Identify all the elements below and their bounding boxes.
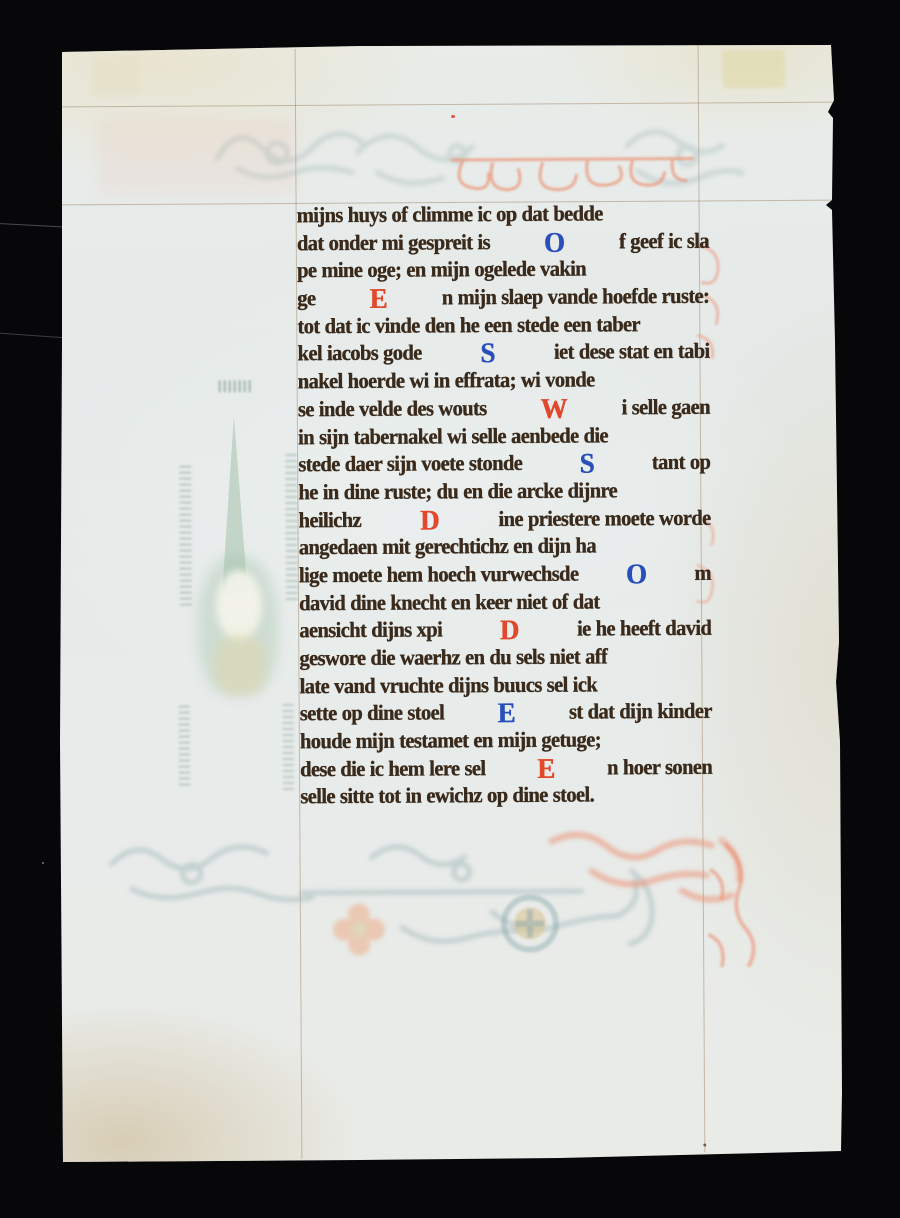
text-segment: stede daer sijn voete stonde xyxy=(298,450,522,481)
showthrough-left-figure xyxy=(177,405,309,801)
top-left-pale-patch xyxy=(92,56,140,96)
manuscript-line-11: he in dine ruste; du en die arcke dijnre xyxy=(298,476,710,508)
text-segment: aensicht dijns xpi xyxy=(299,617,442,647)
red-versal-initial: E xyxy=(535,754,557,783)
showthrough-mirrored-text xyxy=(285,450,298,600)
text-segment: geswore die waerhz en du sels niet aff xyxy=(299,643,607,674)
text-segment: sette op dine stoel xyxy=(300,700,445,730)
text-segment: late vand vruchte dijns buucs sel ick xyxy=(299,671,597,702)
manuscript-line-8: se inde velde des woutsWi selle gaen xyxy=(298,393,710,425)
text-segment: f geef ic sla xyxy=(619,227,709,257)
text-segment: he in dine ruste; du en die arcke dijnre xyxy=(298,477,617,508)
showthrough-mirrored-text xyxy=(179,706,190,786)
manuscript-text-block: mijns huys of climme ic op dat beddedat … xyxy=(297,200,713,812)
text-segment: st dat dijn kinder xyxy=(569,698,712,728)
blue-versal-initial: O xyxy=(542,228,567,258)
text-segment: in sijn tabernakel wi selle aenbede die xyxy=(298,422,608,453)
showthrough-quatrefoil-medallion-orange xyxy=(330,900,388,958)
text-segment: kel iacobs gode xyxy=(297,340,421,370)
showthrough-mirrored-text xyxy=(179,466,192,606)
top-left-pink-wash xyxy=(97,118,297,194)
manuscript-line-4: geEn mijn slaep vande hoefde ruste: xyxy=(297,283,709,315)
text-segment: iet dese stat en tabi xyxy=(554,338,710,368)
text-segment: selle sitte tot in ewichz op dine stoel. xyxy=(300,782,594,813)
red-versal-initial: D xyxy=(498,616,522,645)
manuscript-line-7: nakel hoerde wi in effrata; wi vonde xyxy=(298,366,710,398)
showthrough-mirrored-text xyxy=(283,700,295,790)
red-versal-initial: W xyxy=(538,394,569,424)
showthrough-top-orange-foliage xyxy=(447,140,717,202)
mount-dust-speck xyxy=(42,862,44,864)
pricking-hole xyxy=(703,1143,706,1146)
manuscript-line-17: geswore die waerhz en du sels niet aff xyxy=(299,643,711,675)
red-ink-dot xyxy=(451,115,455,118)
text-segment: m xyxy=(694,560,711,589)
text-segment: n mijn slaep vande hoefde ruste: xyxy=(442,283,710,314)
top-right-tape-patch xyxy=(723,50,785,88)
showthrough-mirrored-text xyxy=(219,380,253,392)
ruling-line-horizontal-upper xyxy=(60,102,832,108)
red-versal-initial: D xyxy=(418,506,442,535)
red-versal-initial: E xyxy=(367,285,389,314)
blue-versal-initial: S xyxy=(478,339,497,368)
text-segment: n hoer sonen xyxy=(607,753,712,783)
manuscript-line-13: angedaen mit gerechtichz en dijn ha xyxy=(299,532,711,564)
manuscript-line-1: mijns huys of climme ic op dat bedde xyxy=(297,200,709,232)
text-segment: lige moete hem hoech vurwechsde xyxy=(299,560,579,591)
manuscript-line-14: lige moete hem hoech vurwechsdeOm xyxy=(299,560,711,592)
manuscript-line-10: stede daer sijn voete stondeStant op xyxy=(298,449,710,481)
text-segment: heilichz xyxy=(298,506,361,536)
blue-versal-initial: E xyxy=(495,699,517,728)
text-segment: tant op xyxy=(652,449,711,479)
showthrough-bottom-orange-foliage xyxy=(531,820,772,941)
text-segment: dat onder mi gespreit is xyxy=(297,229,490,260)
text-segment: i selle gaen xyxy=(621,393,709,423)
manuscript-leaf: mijns huys of climme ic op dat beddedat … xyxy=(60,42,844,1164)
manuscript-line-20: houde mijn testamet en mijn getuge; xyxy=(300,726,712,758)
blue-versal-initial: S xyxy=(577,449,596,478)
text-segment: angedaen mit gerechtichz en dijn ha xyxy=(299,533,596,564)
showthrough-bottom-blue-foliage xyxy=(71,830,772,974)
blue-versal-initial: O xyxy=(624,560,649,590)
text-segment: se inde velde des wouts xyxy=(298,395,487,426)
showthrough-quatrefoil-medallion-blue xyxy=(500,893,560,953)
manuscript-line-22: selle sitte tot in ewichz op dine stoel. xyxy=(300,781,712,813)
text-segment: dese die ic hem lere sel xyxy=(300,755,485,785)
photo-black-mount: { "scene": { "description": "Photograph … xyxy=(0,0,900,1218)
text-segment: ie he heeft david xyxy=(577,615,711,645)
text-segment: houde mijn testamet en mijn getuge; xyxy=(300,726,601,757)
text-segment: ine priestere moete worde xyxy=(498,504,710,535)
text-segment: pe mine oge; en mijn ogelede vakin xyxy=(297,256,586,287)
text-segment: ge xyxy=(297,285,315,314)
text-segment: david dine knecht en keer niet of dat xyxy=(299,588,600,619)
